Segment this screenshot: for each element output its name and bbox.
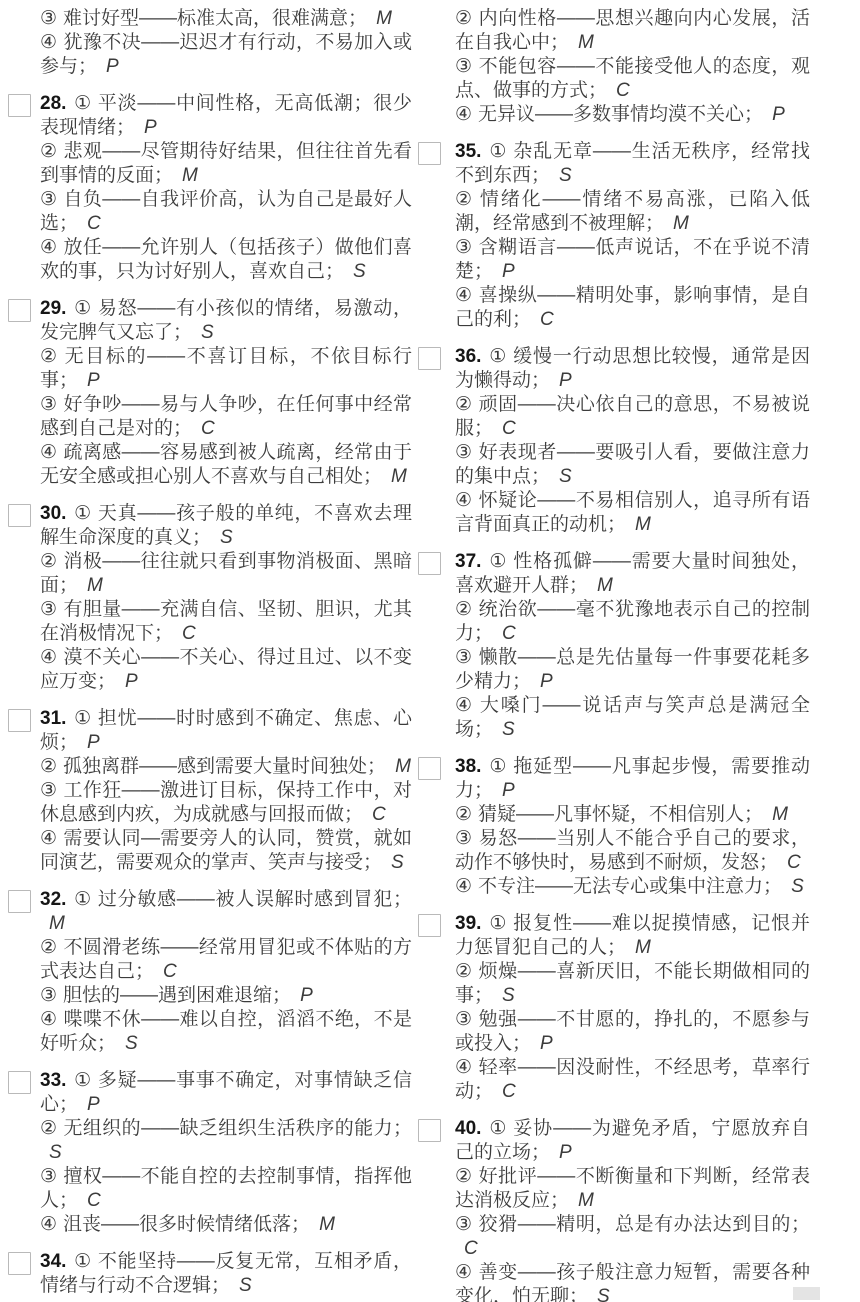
option-text: 不能包容——不能接受他人的态度，观点、做事的方式； bbox=[455, 56, 810, 101]
option-code: P bbox=[502, 780, 515, 801]
option-code: M bbox=[391, 466, 407, 487]
question-number: 31. bbox=[40, 708, 66, 729]
question-continuation: ③难讨好型——标准太高，很难满意；M④犹豫不决——迟迟才有行动，不易加入或参与；… bbox=[8, 7, 412, 79]
option-marker: ④ bbox=[40, 237, 57, 258]
option-marker: ④ bbox=[40, 32, 57, 53]
option-code: C bbox=[163, 961, 177, 982]
option-marker: ③ bbox=[40, 189, 57, 210]
option-line: 29.①易怒——有小孩似的情绪，易激动，发完脾气又忘了；S bbox=[40, 297, 412, 345]
option-marker: ② bbox=[455, 599, 473, 620]
option-text: 好表现者——要吸引人看，要做注意力的集中点； bbox=[455, 442, 810, 487]
option-marker: ② bbox=[455, 961, 473, 982]
option-text: 好批评——不断衡量和下判断，经常表达消极反应； bbox=[455, 1166, 810, 1211]
option-line: ③不能包容——不能接受他人的态度，观点、做事的方式；C bbox=[455, 55, 810, 103]
option-code: M bbox=[578, 32, 594, 53]
question-number: 32. bbox=[40, 889, 66, 910]
option-code: P bbox=[540, 1033, 553, 1054]
option-line: ④漠不关心——不关心、得过且过、以不变应万变；P bbox=[40, 646, 412, 694]
question-item-31: 31.①担忧——时时感到不确定、焦虑、心烦；P②孤独离群——感到需要大量时间独处… bbox=[8, 707, 412, 875]
option-marker: ③ bbox=[455, 1214, 473, 1235]
option-line: ③懒散——总是先估量每一件事要花耗多少精力；P bbox=[455, 646, 810, 694]
option-line: ②情绪化——情绪不易高涨，已陷入低潮，经常感到不被理解；M bbox=[455, 188, 810, 236]
option-marker: ① bbox=[488, 346, 507, 367]
question-item-35: 35.①杂乱无章——生活无秩序，经常找不到东西；S②情绪化——情绪不易高涨，已陷… bbox=[418, 140, 810, 332]
question-item-29: 29.①易怒——有小孩似的情绪，易激动，发完脾气又忘了；S②无目标的——不喜订目… bbox=[8, 297, 412, 489]
option-code: P bbox=[772, 104, 785, 125]
option-marker: ③ bbox=[40, 985, 57, 1006]
option-code: C bbox=[182, 623, 196, 644]
option-line: ④需要认同—需要旁人的认同，赞赏，就如同演艺，需要观众的掌声、笑声与接受；S bbox=[40, 827, 412, 875]
option-marker: ① bbox=[73, 93, 91, 114]
option-line: ④喋喋不休——难以自控，滔滔不绝，不是好听众；S bbox=[40, 1008, 412, 1056]
option-line: ②猜疑——凡事怀疑，不相信别人；M bbox=[455, 803, 810, 827]
option-code: P bbox=[559, 370, 572, 391]
option-marker: ③ bbox=[40, 1166, 57, 1187]
option-marker: ② bbox=[40, 346, 59, 367]
option-text: 易怒——当别人不能合乎自己的要求，动作不够快时，易感到不耐烦，发怒； bbox=[455, 828, 810, 873]
option-text: 情绪化——情绪不易高涨，已陷入低潮，经常感到不被理解； bbox=[455, 189, 810, 234]
option-code: C bbox=[464, 1238, 478, 1259]
option-marker: ④ bbox=[455, 1057, 473, 1078]
option-text: 不能坚持——反复无常，互相矛盾，情绪与行动不合逻辑； bbox=[40, 1251, 412, 1296]
option-marker: ④ bbox=[40, 442, 57, 463]
option-line: ②好批评——不断衡量和下判断，经常表达消极反应；M bbox=[455, 1165, 810, 1213]
option-code: S bbox=[201, 322, 214, 343]
option-line: 35.①杂乱无章——生活无秩序，经常找不到东西；S bbox=[455, 140, 810, 188]
option-text: 难讨好型——标准太高，很难满意； bbox=[63, 8, 367, 29]
option-marker: ④ bbox=[455, 695, 474, 716]
question-number: 40. bbox=[455, 1118, 481, 1139]
option-code: S bbox=[220, 527, 233, 548]
option-code: C bbox=[87, 1190, 101, 1211]
option-code: C bbox=[540, 309, 554, 330]
option-marker: ④ bbox=[40, 1009, 57, 1030]
answer-checkbox-31[interactable] bbox=[8, 709, 31, 732]
option-text: 需要认同—需要旁人的认同，赞赏，就如同演艺，需要观众的掌声、笑声与接受； bbox=[40, 828, 412, 873]
option-marker: ① bbox=[488, 756, 507, 777]
option-marker: ③ bbox=[40, 780, 57, 801]
option-code: S bbox=[502, 719, 515, 740]
option-line: ④怀疑论——不易相信别人，追寻所有语言背面真正的动机；M bbox=[455, 489, 810, 537]
option-marker: ② bbox=[40, 756, 57, 777]
option-text: 好争吵——易与人争吵，在任何事中经常感到自己是对的； bbox=[40, 394, 412, 439]
option-marker: ① bbox=[488, 913, 507, 934]
question-number: 39. bbox=[455, 913, 481, 934]
option-line: ③勉强——不甘愿的，挣扎的，不愿参与或投入；P bbox=[455, 1008, 810, 1056]
option-code: P bbox=[300, 985, 313, 1006]
option-code: S bbox=[125, 1033, 138, 1054]
option-marker: ③ bbox=[40, 599, 57, 620]
option-code: P bbox=[87, 1094, 100, 1115]
option-line: ③擅权——不能自控的去控制事情，指挥他人；C bbox=[40, 1165, 412, 1213]
option-marker: ③ bbox=[455, 1009, 473, 1030]
option-text: 缓慢一行动思想比较慢，通常是因为懒得动； bbox=[455, 346, 810, 391]
question-item-30: 30.①天真——孩子般的单纯，不喜欢去理解生命深度的真义；S②消极——往往就只看… bbox=[8, 502, 412, 694]
option-marker: ③ bbox=[40, 8, 57, 29]
option-line: ②孤独离群——感到需要大量时间独处；M bbox=[40, 755, 412, 779]
option-marker: ② bbox=[455, 8, 473, 29]
question-item-34: 34.①不能坚持——反复无常，互相矛盾，情绪与行动不合逻辑；S bbox=[8, 1250, 412, 1298]
option-code: P bbox=[540, 671, 553, 692]
option-text: 过分敏感——被人误解时感到冒犯； bbox=[98, 889, 412, 910]
answer-checkbox-29[interactable] bbox=[8, 299, 31, 322]
option-code: S bbox=[502, 985, 515, 1006]
question-number: 33. bbox=[40, 1070, 66, 1091]
option-marker: ① bbox=[73, 889, 91, 910]
option-code: S bbox=[791, 876, 804, 897]
option-marker: ④ bbox=[40, 828, 57, 849]
answer-checkbox-36[interactable] bbox=[418, 347, 441, 370]
answer-checkbox-40[interactable] bbox=[418, 1119, 441, 1142]
option-line: ②烦燥——喜新厌旧，不能长期做相同的事；S bbox=[455, 960, 810, 1008]
option-marker: ② bbox=[455, 1166, 473, 1187]
question-item-32: 32.①过分敏感——被人误解时感到冒犯；M②不圆滑老练——经常用冒犯或不体贴的方… bbox=[8, 888, 412, 1056]
option-marker: ② bbox=[455, 394, 473, 415]
option-line: ③自负——自我评价高，认为自己是最好人选；C bbox=[40, 188, 412, 236]
option-line: ②顽固——决心依自己的意思，不易被说服；C bbox=[455, 393, 810, 441]
option-marker: ③ bbox=[455, 828, 473, 849]
option-marker: ② bbox=[40, 1118, 57, 1139]
option-code: M bbox=[395, 756, 411, 777]
option-marker: ① bbox=[73, 708, 91, 729]
option-line: ④善变——孩子般注意力短暂，需要各种变化，怕无聊；S bbox=[455, 1261, 810, 1302]
option-line: ④轻率——因没耐性，不经思考，草率行动；C bbox=[455, 1056, 810, 1104]
option-line: ②无目标的——不喜订目标，不依目标行事；P bbox=[40, 345, 412, 393]
option-marker: ④ bbox=[455, 876, 472, 897]
answer-checkbox-33[interactable] bbox=[8, 1071, 31, 1094]
option-line: 31.①担忧——时时感到不确定、焦虑、心烦；P bbox=[40, 707, 412, 755]
option-code: S bbox=[559, 466, 572, 487]
question-item-38: 38.①拖延型——凡事起步慢，需要推动力；P②猜疑——凡事怀疑，不相信别人；M③… bbox=[418, 755, 810, 899]
question-item-40: 40.①妥协——为避免矛盾，宁愿放弃自己的立场；P②好批评——不断衡量和下判断，… bbox=[418, 1117, 810, 1302]
option-marker: ① bbox=[488, 141, 507, 162]
option-line: ②不圆滑老练——经常用冒犯或不体贴的方式表达自己；C bbox=[40, 936, 412, 984]
option-text: 猜疑——凡事怀疑，不相信别人； bbox=[478, 804, 763, 825]
question-number: 36. bbox=[455, 346, 481, 367]
answer-checkbox-39[interactable] bbox=[418, 914, 441, 937]
option-line: ④不专注——无法专心或集中注意力；S bbox=[455, 875, 810, 899]
answer-checkbox-38[interactable] bbox=[418, 757, 441, 780]
option-marker: ④ bbox=[455, 490, 473, 511]
option-code: C bbox=[502, 623, 516, 644]
option-text: 平淡——中间性格，无高低潮；很少表现情绪； bbox=[40, 93, 412, 138]
option-line: ③难讨好型——标准太高，很难满意；M bbox=[40, 7, 412, 31]
option-line: ②悲观——尽管期待好结果，但往往首先看到事情的反面；M bbox=[40, 140, 412, 188]
option-marker: ④ bbox=[455, 104, 472, 125]
question-item-37: 37.①性格孤僻——需要大量时间独处，喜欢避开人群；M②统治欲——毫不犹豫地表示… bbox=[418, 550, 810, 742]
option-marker: ① bbox=[488, 1118, 507, 1139]
option-code: M bbox=[49, 913, 65, 934]
option-text: 沮丧——很多时候情绪低落； bbox=[63, 1214, 310, 1235]
page-corner-artifact bbox=[793, 1287, 820, 1300]
answer-checkbox-32[interactable] bbox=[8, 890, 31, 913]
question-number: 34. bbox=[40, 1251, 66, 1272]
answer-checkbox-37[interactable] bbox=[418, 552, 441, 575]
option-code: M bbox=[772, 804, 788, 825]
option-text: 怀疑论——不易相信别人，追寻所有语言背面真正的动机； bbox=[455, 490, 810, 535]
option-line: ④喜操纵——精明处事，影响事情，是自己的利；C bbox=[455, 284, 810, 332]
option-text: 喋喋不休——难以自控，滔滔不绝，不是好听众； bbox=[40, 1009, 412, 1054]
option-code: S bbox=[353, 261, 366, 282]
option-text: 狡猾——精明，总是有办法达到目的； bbox=[479, 1214, 810, 1235]
option-marker: ② bbox=[40, 551, 57, 572]
option-code: C bbox=[372, 804, 386, 825]
option-code: P bbox=[502, 261, 515, 282]
option-marker: ③ bbox=[455, 237, 473, 258]
option-text: 胆怯的——遇到困难退缩； bbox=[63, 985, 291, 1006]
answer-checkbox-34[interactable] bbox=[8, 1252, 31, 1275]
question-item-39: 39.①报复性——难以捉摸情感，记恨并力惩冒犯自己的人；M②烦燥——喜新厌旧，不… bbox=[418, 912, 810, 1104]
option-line: 37.①性格孤僻——需要大量时间独处，喜欢避开人群；M bbox=[455, 550, 810, 598]
option-text: 杂乱无章——生活无秩序，经常找不到东西； bbox=[455, 141, 810, 186]
option-text: 内向性格——思想兴趣向内心发展，活在自我心中； bbox=[455, 8, 810, 53]
option-code: S bbox=[597, 1286, 610, 1302]
option-code: S bbox=[49, 1142, 62, 1163]
option-code: P bbox=[559, 1142, 572, 1163]
option-line: ③工作狂——激进订目标，保持工作中，对休息感到内疚，为成就感与回报而做；C bbox=[40, 779, 412, 827]
option-marker: ① bbox=[73, 503, 91, 524]
option-code: M bbox=[635, 514, 651, 535]
question-number: 29. bbox=[40, 298, 66, 319]
option-line: 34.①不能坚持——反复无常，互相矛盾，情绪与行动不合逻辑；S bbox=[40, 1250, 412, 1298]
option-code: S bbox=[391, 852, 404, 873]
option-marker: ③ bbox=[455, 56, 473, 77]
option-text: 悲观——尽管期待好结果，但往往首先看到事情的反面； bbox=[40, 141, 412, 186]
option-text: 不圆滑老练——经常用冒犯或不体贴的方式表达自己； bbox=[40, 937, 412, 982]
question-number: 35. bbox=[455, 141, 481, 162]
option-line: 33.①多疑——事事不确定，对事情缺乏信心；P bbox=[40, 1069, 412, 1117]
option-code: P bbox=[87, 370, 100, 391]
option-text: 勉强——不甘愿的，挣扎的，不愿参与或投入； bbox=[455, 1009, 810, 1054]
question-item-36: 36.①缓慢一行动思想比较慢，通常是因为懒得动；P②顽固——决心依自己的意思，不… bbox=[418, 345, 810, 537]
option-code: C bbox=[201, 418, 215, 439]
option-code: M bbox=[597, 575, 613, 596]
option-line: 40.①妥协——为避免矛盾，宁愿放弃自己的立场；P bbox=[455, 1117, 810, 1165]
option-marker: ② bbox=[40, 141, 57, 162]
option-text: 漠不关心——不关心、得过且过、以不变应万变； bbox=[40, 647, 412, 692]
option-line: ④犹豫不决——迟迟才有行动，不易加入或参与；P bbox=[40, 31, 412, 79]
option-line: ③好争吵——易与人争吵，在任何事中经常感到自己是对的；C bbox=[40, 393, 412, 441]
option-text: 孤独离群——感到需要大量时间独处； bbox=[63, 756, 386, 777]
option-line: ④疏离感——容易感到被人疏离，经常由于无安全感或担心别人不喜欢与自己相处；M bbox=[40, 441, 412, 489]
option-code: M bbox=[376, 8, 392, 29]
option-marker: ① bbox=[73, 1251, 91, 1272]
option-line: ③易怒——当别人不能合乎自己的要求，动作不够快时，易感到不耐烦，发怒；C bbox=[455, 827, 810, 875]
option-text: 犹豫不决——迟迟才有行动，不易加入或参与； bbox=[40, 32, 412, 77]
option-text: 妥协——为避免矛盾，宁愿放弃自己的立场； bbox=[455, 1118, 810, 1163]
question-number: 28. bbox=[40, 93, 66, 114]
option-code: C bbox=[87, 213, 101, 234]
option-line: ②内向性格——思想兴趣向内心发展，活在自我心中；M bbox=[455, 7, 810, 55]
option-code: C bbox=[502, 418, 516, 439]
question-item-28: 28.①平淡——中间性格，无高低潮；很少表现情绪；P②悲观——尽管期待好结果，但… bbox=[8, 92, 412, 284]
option-line: ③狡猾——精明，总是有办法达到目的；C bbox=[455, 1213, 810, 1261]
option-code: M bbox=[182, 165, 198, 186]
option-text: 无异议——多数事情均漠不关心； bbox=[478, 104, 763, 125]
option-line: 30.①天真——孩子般的单纯，不喜欢去理解生命深度的真义；S bbox=[40, 502, 412, 550]
option-line: 32.①过分敏感——被人误解时感到冒犯；M bbox=[40, 888, 412, 936]
option-marker: ④ bbox=[455, 285, 473, 306]
option-marker: ③ bbox=[40, 394, 57, 415]
question-number: 37. bbox=[455, 551, 481, 572]
column-left: ③难讨好型——标准太高，很难满意；M④犹豫不决——迟迟才有行动，不易加入或参与；… bbox=[8, 7, 412, 1302]
option-line: ②统治欲——毫不犹豫地表示自己的控制力；C bbox=[455, 598, 810, 646]
option-text: 不专注——无法专心或集中注意力； bbox=[478, 876, 782, 897]
option-code: P bbox=[106, 56, 119, 77]
column-right: ②内向性格——思想兴趣向内心发展，活在自我心中；M③不能包容——不能接受他人的态… bbox=[418, 7, 810, 1302]
option-line: ②无组织的——缺乏组织生活秩序的能力；S bbox=[40, 1117, 412, 1165]
question-number: 30. bbox=[40, 503, 66, 524]
option-line: 36.①缓慢一行动思想比较慢，通常是因为懒得动；P bbox=[455, 345, 810, 393]
option-marker: ② bbox=[455, 804, 472, 825]
option-code: M bbox=[578, 1190, 594, 1211]
option-line: ③好表现者——要吸引人看，要做注意力的集中点；S bbox=[455, 441, 810, 489]
option-line: ④沮丧——很多时候情绪低落；M bbox=[40, 1213, 412, 1237]
option-text: 喜操纵——精明处事，影响事情，是自己的利； bbox=[455, 285, 810, 330]
option-line: ④无异议——多数事情均漠不关心；P bbox=[455, 103, 810, 127]
option-text: 懒散——总是先估量每一件事要花耗多少精力； bbox=[455, 647, 810, 692]
option-code: C bbox=[616, 80, 630, 101]
option-marker: ④ bbox=[40, 647, 57, 668]
option-code: M bbox=[319, 1214, 335, 1235]
question-number: 38. bbox=[455, 756, 481, 777]
answer-checkbox-35[interactable] bbox=[418, 142, 441, 165]
option-line: ③胆怯的——遇到困难退缩；P bbox=[40, 984, 412, 1008]
option-text: 疏离感——容易感到被人疏离，经常由于无安全感或担心别人不喜欢与自己相处； bbox=[40, 442, 412, 487]
answer-checkbox-30[interactable] bbox=[8, 504, 31, 527]
option-text: 无组织的——缺乏组织生活秩序的能力； bbox=[63, 1118, 412, 1139]
option-marker: ④ bbox=[40, 1214, 57, 1235]
question-item-33: 33.①多疑——事事不确定，对事情缺乏信心；P②无组织的——缺乏组织生活秩序的能… bbox=[8, 1069, 412, 1237]
option-marker: ① bbox=[73, 1070, 91, 1091]
option-marker: ① bbox=[488, 551, 507, 572]
option-code: C bbox=[502, 1081, 516, 1102]
option-code: C bbox=[787, 852, 801, 873]
option-line: ④大嗓门——说话声与笑声总是满冠全场；S bbox=[455, 694, 810, 742]
questionnaire-page: ③难讨好型——标准太高，很难满意；M④犹豫不决——迟迟才有行动，不易加入或参与；… bbox=[0, 0, 860, 1302]
option-marker: ③ bbox=[455, 647, 473, 668]
option-marker: ② bbox=[455, 189, 474, 210]
option-text: 工作狂——激进订目标，保持工作中，对休息感到内疚，为成就感与回报而做； bbox=[40, 780, 412, 825]
option-code: M bbox=[87, 575, 103, 596]
option-code: P bbox=[144, 117, 157, 138]
question-continuation: ②内向性格——思想兴趣向内心发展，活在自我心中；M③不能包容——不能接受他人的态… bbox=[418, 7, 810, 127]
option-text: 报复性——难以捉摸情感，记恨并力惩冒犯自己的人； bbox=[455, 913, 810, 958]
option-code: S bbox=[239, 1275, 252, 1296]
option-code: M bbox=[635, 937, 651, 958]
option-text: 易怒——有小孩似的情绪，易激动，发完脾气又忘了； bbox=[40, 298, 412, 343]
option-line: ③含糊语言——低声说话，不在乎说不清楚；P bbox=[455, 236, 810, 284]
option-line: ④放任——允许别人（包括孩子）做他们喜欢的事，只为讨好别人，喜欢自己；S bbox=[40, 236, 412, 284]
option-code: M bbox=[673, 213, 689, 234]
option-text: 性格孤僻——需要大量时间独处，喜欢避开人群； bbox=[455, 551, 810, 596]
option-marker: ④ bbox=[455, 1262, 473, 1283]
option-code: P bbox=[87, 732, 100, 753]
option-code: S bbox=[559, 165, 572, 186]
option-line: 28.①平淡——中间性格，无高低潮；很少表现情绪；P bbox=[40, 92, 412, 140]
option-code: P bbox=[125, 671, 138, 692]
option-line: 38.①拖延型——凡事起步慢，需要推动力；P bbox=[455, 755, 810, 803]
option-text: 善变——孩子般注意力短暂，需要各种变化，怕无聊； bbox=[455, 1262, 810, 1302]
option-line: 39.①报复性——难以捉摸情感，记恨并力惩冒犯自己的人；M bbox=[455, 912, 810, 960]
option-line: ②消极——往往就只看到事物消极面、黑暗面；M bbox=[40, 550, 412, 598]
option-text: 有胆量——充满自信、坚韧、胆识，尤其在消极情况下； bbox=[40, 599, 412, 644]
option-marker: ③ bbox=[455, 442, 473, 463]
option-line: ③有胆量——充满自信、坚韧、胆识，尤其在消极情况下；C bbox=[40, 598, 412, 646]
option-marker: ② bbox=[40, 937, 57, 958]
answer-checkbox-28[interactable] bbox=[8, 94, 31, 117]
option-marker: ① bbox=[73, 298, 91, 319]
